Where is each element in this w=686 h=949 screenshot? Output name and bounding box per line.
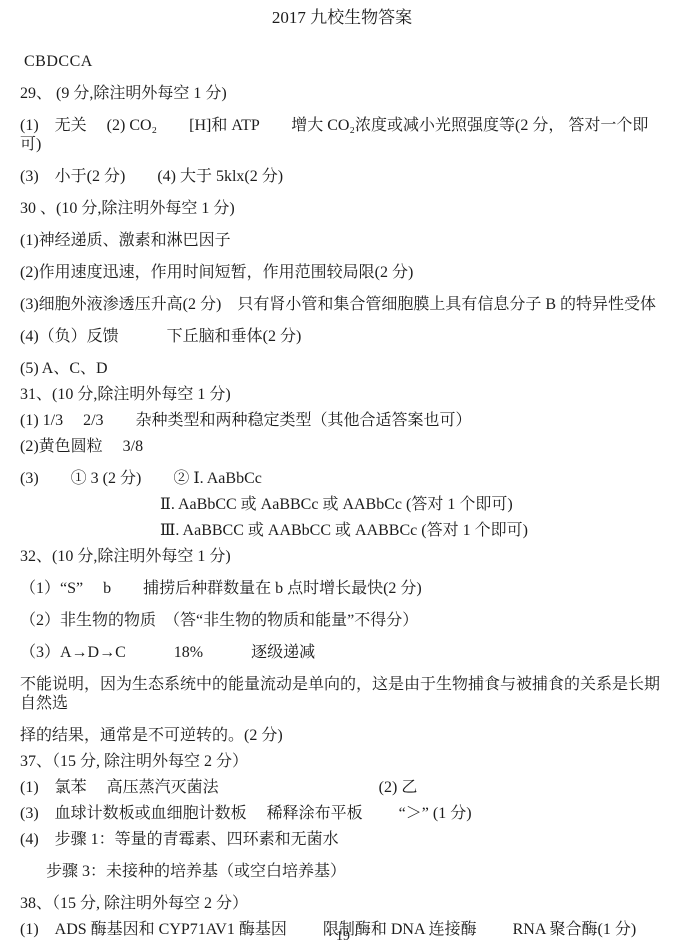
page-number: · 19 ·	[0, 929, 686, 945]
answer-line: Ⅱ. AaBbCC 或 AaBBCc 或 AABbCc (答对 1 个即可)	[20, 495, 664, 514]
question-header: 38、（15 分, 除注明外每空 2 分）	[20, 894, 664, 913]
answer-line: (3)细胞外液渗透压升高(2 分) 只有肾小管和集合管细胞膜上具有信息分子 B …	[20, 295, 664, 314]
question-header: 37、（15 分, 除注明外每空 2 分）	[20, 752, 664, 771]
answer-line: 不能说明，因为生态系统中的能量流动是单向的，这是由于生物捕食与被捕食的关系是长期…	[20, 675, 664, 713]
answer-line: (4) 步骤 1：等量的青霉素、四环素和无菌水	[20, 830, 664, 849]
answer-line: (4)（负）反馈 下丘脑和垂体(2 分)	[20, 327, 664, 346]
answer-line: (1)神经递质、激素和淋巴因子	[20, 231, 664, 250]
answer-line: （3）A→D→C 18% 逐级递减	[20, 643, 664, 662]
answer-line: (5) A、C、D	[20, 359, 664, 378]
question-header: 31、(10 分,除注明外每空 1 分)	[20, 385, 664, 404]
question-header: 29、 (9 分,除注明外每空 1 分)	[20, 84, 664, 103]
document-page: 2017 九校生物答案 CBDCCA 29、 (9 分,除注明外每空 1 分)(…	[0, 0, 686, 939]
answers-content: 29、 (9 分,除注明外每空 1 分)(1) 无关 (2) CO₂ [H]和 …	[20, 84, 664, 939]
multiple-choice-answer-key: CBDCCA	[24, 52, 664, 71]
answer-line: 择的结果，通常是不可逆转的。(2 分)	[20, 726, 664, 745]
answer-line: （2）非生物的物质 （答“非生物的物质和能量”不得分）	[20, 611, 664, 630]
answer-line: (1) 无关 (2) CO₂ [H]和 ATP 增大 CO₂浓度或减小光照强度等…	[20, 116, 664, 154]
answer-line: （1）“S” b 捕捞后种群数量在 b 点时增长最快(2 分)	[20, 579, 664, 598]
answer-line: (3) ① 3 (2 分) ② Ⅰ. AaBbCc	[20, 469, 664, 488]
question-header: 32、(10 分,除注明外每空 1 分)	[20, 547, 664, 566]
answer-line: 步骤 3：未接种的培养基（或空白培养基）	[20, 862, 664, 881]
answer-line: (3) 血球计数板或血细胞计数板 稀释涂布平板 “＞” (1 分)	[20, 804, 664, 823]
answer-line: (1) 氯苯 高压蒸汽灭菌法 (2) 乙	[20, 778, 664, 797]
question-header: 30 、(10 分,除注明外每空 1 分)	[20, 199, 664, 218]
answer-line: (2)黄色圆粒 3/8	[20, 437, 664, 456]
document-title: 2017 九校生物答案	[20, 8, 664, 28]
answer-line: (1) 1/3 2/3 杂种类型和两种稳定类型（其他合适答案也可）	[20, 411, 664, 430]
answer-line: (3) 小于(2 分) (4) 大于 5klx(2 分)	[20, 167, 664, 186]
answer-line: Ⅲ. AaBBCC 或 AABbCC 或 AABBCc (答对 1 个即可)	[20, 521, 664, 540]
answer-line: (2)作用速度迅速，作用时间短暂，作用范围较局限(2 分)	[20, 263, 664, 282]
